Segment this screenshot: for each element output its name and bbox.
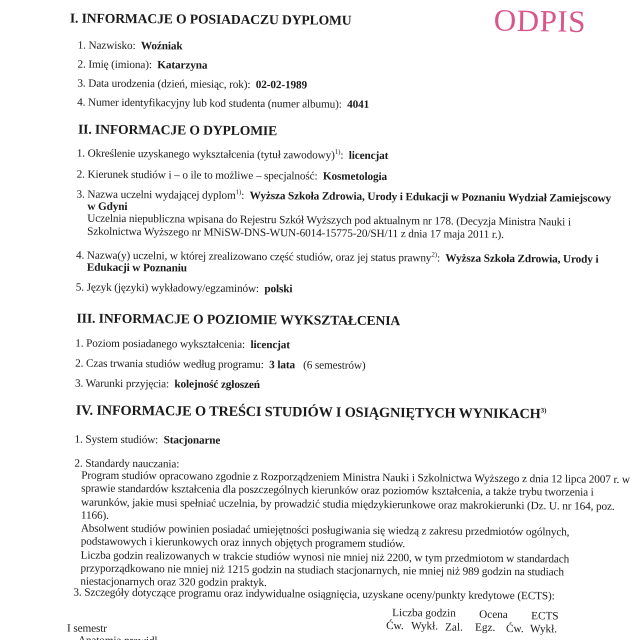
study-duration-line: 2. Czas trwania studiów według programu:…	[75, 358, 365, 372]
section-1-title: I. INFORMACJE O POSIADACZU DYPLOMU	[70, 11, 352, 29]
field-of-study-line: 2. Kierunek studiów i – o ile to możliwe…	[77, 169, 387, 183]
grade-group-header: Ocena	[479, 609, 508, 621]
col-egz-grade: Egz.	[475, 622, 495, 634]
issuing-university-value: Wyższa Szkoła Zdrowia, Urody i Edukacji …	[250, 190, 611, 205]
study-system-line: 1. System studiów: Stacjonarne	[75, 434, 221, 447]
col-wykl-hours: Wykł.	[411, 620, 438, 632]
col-cw-ects: Ćw.	[506, 623, 524, 635]
program-details-label: 3. Szczegóły dotyczące programu oraz ind…	[73, 587, 554, 603]
col-zal-grade: Zal.	[445, 622, 463, 634]
section-4-title: IV. INFORMACJE O TREŚCI STUDIÓW I OSIĄGN…	[76, 403, 547, 424]
holder-birth-date: 3. Data urodzenia (dzień, miesiąc, rok):…	[77, 78, 307, 92]
issuing-university-cont: w Gdyni	[87, 201, 127, 213]
teaching-standards-label: 2. Standardy nauczania:	[74, 458, 179, 471]
study-duration-value: 3 lata	[269, 359, 295, 371]
study-system-value: Stacjonarne	[164, 434, 221, 446]
section-2-title: II. INFORMACJE O DYPLOMIE	[78, 122, 277, 140]
holder-first-name: 2. Imię (imiona): Katarzyna	[77, 59, 207, 72]
education-level-line: 1. Poziom posiadanego wykształcenia: lic…	[75, 338, 290, 352]
education-level-value: licencjat	[250, 339, 290, 351]
university-registration-note: Uczelnia niepubliczna wpisana do Rejestr…	[87, 213, 571, 243]
field-of-study-value: Kosmetologia	[323, 171, 387, 184]
hours-group-header: Liczba godzin	[392, 607, 456, 619]
semester-label: I semestr	[67, 623, 107, 635]
course-row-partial: Anatomia prawidł...	[78, 635, 166, 640]
language-value: polski	[264, 283, 292, 295]
student-id-value: 4041	[347, 99, 369, 111]
partial-studies-university-value: Wyższa Szkoła Zdrowia, Urody i	[445, 253, 598, 266]
first-name-value: Katarzyna	[157, 59, 207, 71]
language-line: 5. Język (języki) wykładowy/egzaminów: p…	[76, 282, 293, 296]
diploma-supplement-page: ODPIS I. INFORMACJE O POSIADACZU DYPLOMU…	[0, 0, 640, 640]
surname-value: Woźniak	[141, 40, 183, 52]
admission-conditions-value: kolejność zgłoszeń	[174, 378, 260, 391]
admission-conditions-line: 3. Warunki przyjęcia: kolejność zgłoszeń	[75, 378, 260, 391]
holder-surname: 1. Nazwisko: Woźniak	[78, 40, 183, 53]
holder-student-id: 4. Numer identyfikacyjny lub kod student…	[77, 97, 369, 111]
partial-studies-university-cont: Edukacji w Poznaniu	[87, 262, 187, 275]
birth-date-value: 02-02-1989	[256, 79, 307, 91]
section-3-title: III. INFORMACJE O POZIOMIE WYKSZTAŁCENIA	[76, 311, 400, 330]
degree-title-value: licencjat	[349, 150, 389, 162]
ects-group-header: ECTS	[531, 610, 558, 622]
copy-stamp: ODPIS	[494, 2, 587, 40]
issuing-university-line: 3. Nazwa uczelni wydającej dyplom1): Wyż…	[76, 189, 611, 205]
col-cw-hours: Ćw.	[386, 620, 404, 632]
teaching-standards-text: Program studiów opracowano zgodnie z Roz…	[80, 470, 630, 594]
col-wykl-ects: Wykł.	[530, 623, 557, 635]
degree-title-line: 1. Określenie uzyskanego wykształcenia (…	[77, 148, 389, 162]
